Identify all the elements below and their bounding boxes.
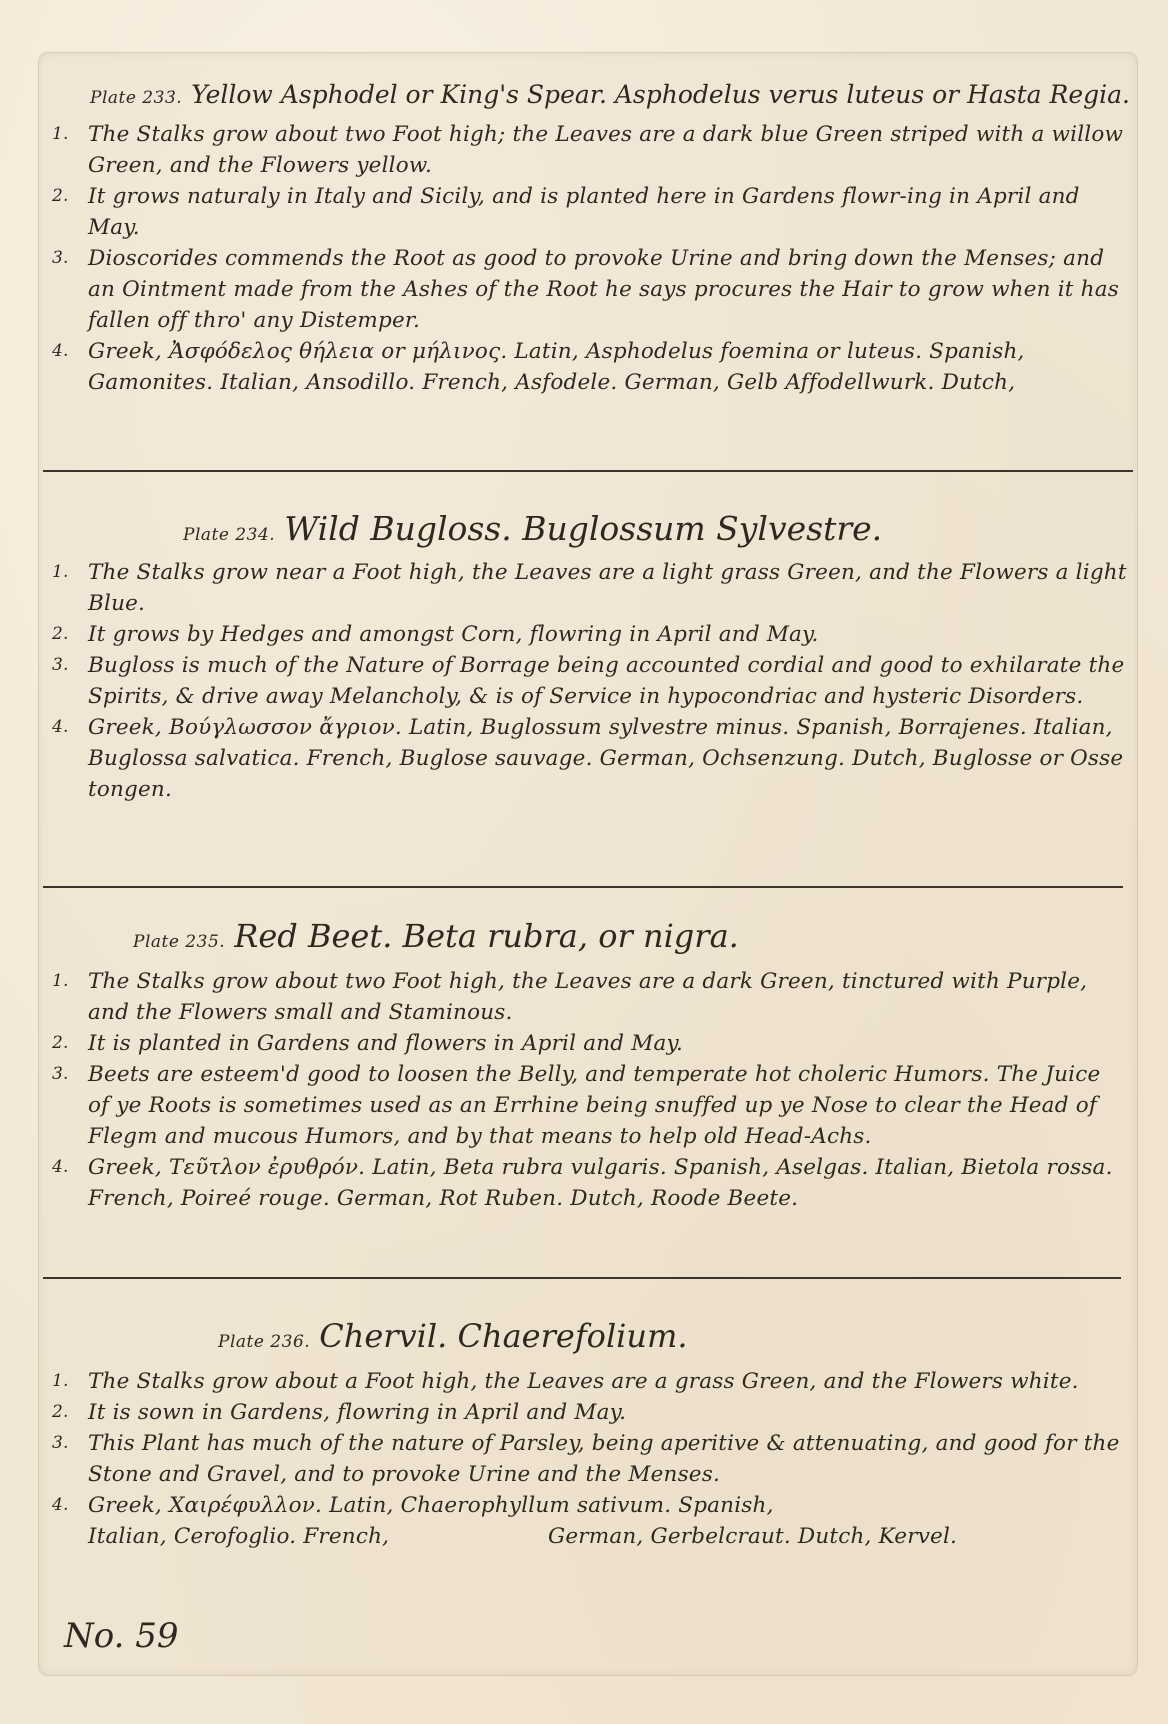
paragraph: 4.Greek, Χαιρέφυλλον. Latin, Chaerophyll… [48,1490,1128,1521]
engraved-page: Plate 233. Yellow Asphodel or King's Spe… [0,0,1168,1724]
plate-title: Plate 234. Wild Bugloss. Buglossum Sylve… [48,512,1128,545]
plate-title: Plate 235. Red Beet. Beta rubra, or nigr… [48,920,1128,952]
paragraph-continuation: Italian, Cerofoglio. French, German, Ger… [48,1521,1128,1552]
paragraph: 1.The Stalks grow near a Foot high, the … [48,557,1128,619]
plant-name: Chervil. Chaerefolium. [319,1317,687,1355]
paragraph: 2.It is planted in Gardens and flowers i… [48,1028,1128,1059]
paragraph: 4.Greek, Τεῦτλον ἐρυθρόν. Latin, Beta ru… [48,1152,1128,1214]
plant-name: Yellow Asphodel or King's Spear. Asphode… [191,80,1130,109]
paragraph: 2.It grows naturaly in Italy and Sicily,… [48,181,1128,243]
paragraph: 3.This Plant has much of the nature of P… [48,1428,1128,1490]
plate-number: Plate 233. [90,88,182,108]
plate-title: Plate 233. Yellow Asphodel or King's Spe… [48,82,1128,107]
paragraph: 3.Beets are esteem'd good to loosen the … [48,1059,1128,1152]
paragraph: 2.It is sown in Gardens, flowring in Apr… [48,1397,1128,1428]
plate-title: Plate 236. Chervil. Chaerefolium. [48,1320,1128,1352]
plate-number: Plate 235. [133,932,225,952]
plant-name: Wild Bugloss. Buglossum Sylvestre. [284,509,882,548]
plate-233-entry: Plate 233. Yellow Asphodel or King's Spe… [48,82,1128,398]
plate-236-entry: Plate 236. Chervil. Chaerefolium. 1.The … [48,1320,1128,1552]
names-left: Italian, Cerofoglio. French, [88,1521,548,1552]
section-divider [43,1277,1121,1279]
paragraph: 1.The Stalks grow about a Foot high, the… [48,1366,1128,1397]
paragraph: 3.Bugloss is much of the Nature of Borra… [48,650,1128,712]
section-divider [43,886,1123,888]
paragraph: 1.The Stalks grow about two Foot high, t… [48,966,1128,1028]
paragraph: 4.Greek, Βούγλωσσον ἄγριον. Latin, Buglo… [48,712,1128,805]
paragraph: 3.Dioscorides commends the Root as good … [48,243,1128,336]
plate-number: Plate 236. [218,1332,310,1352]
names-right: German, Gerbelcraut. Dutch, Kervel. [548,1521,1128,1552]
plate-number: Plate 234. [183,525,275,545]
paragraph: 1.The Stalks grow about two Foot high; t… [48,119,1128,181]
plate-234-entry: Plate 234. Wild Bugloss. Buglossum Sylve… [48,512,1128,805]
paragraph: 2.It grows by Hedges and amongst Corn, f… [48,619,1128,650]
paragraph: 4.Greek, Ἀσφόδελος θήλεια or μήλινος. La… [48,336,1128,398]
plant-name: Red Beet. Beta rubra, or nigra. [234,917,739,955]
section-divider [43,470,1133,472]
page-number-mark: No. 59 [64,1616,179,1656]
plate-235-entry: Plate 235. Red Beet. Beta rubra, or nigr… [48,920,1128,1214]
